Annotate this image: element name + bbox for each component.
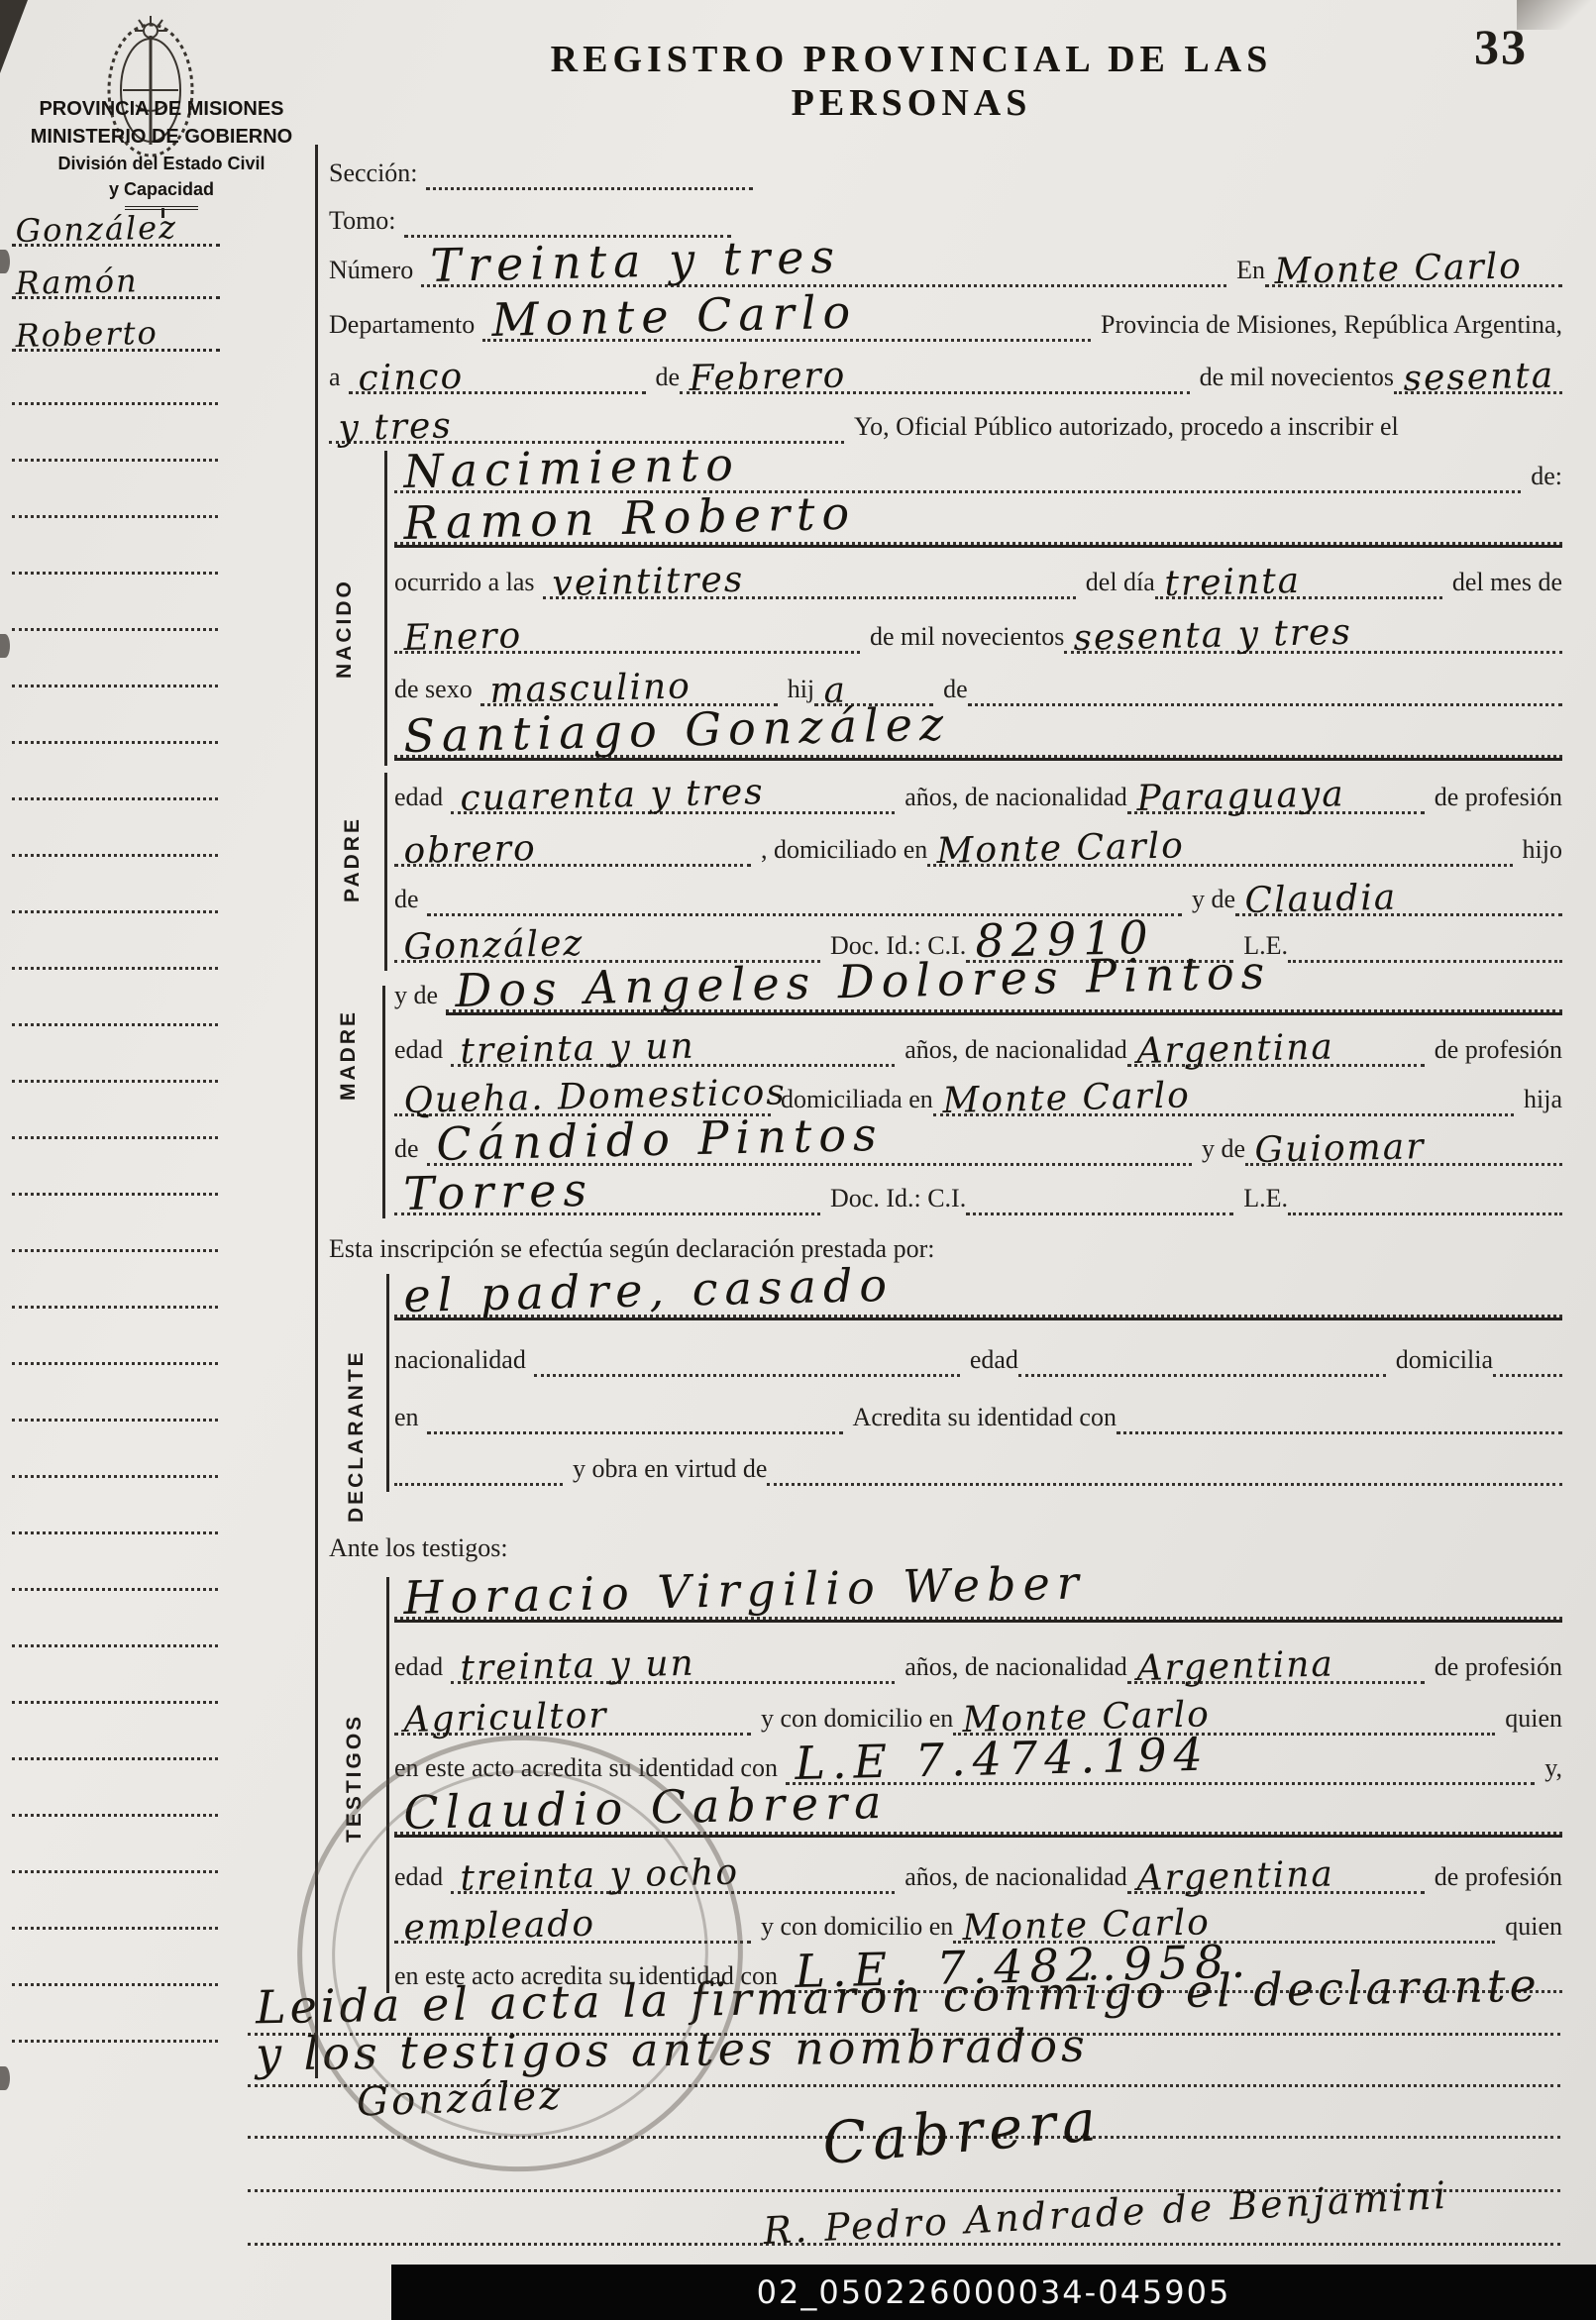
- label-del-mes: del mes de: [1442, 568, 1562, 599]
- label-mil-novecientos: de mil novecientos: [1190, 363, 1394, 394]
- margin-ruled-line: [12, 1760, 218, 1817]
- scan-speck-artifact: [0, 2066, 10, 2090]
- label-ante: Ante los testigos:: [329, 1533, 516, 1565]
- hw-mes-nac: Enero: [403, 615, 523, 659]
- scan-speck-artifact: [0, 634, 10, 658]
- row-madre-edad: edad treinta y un años, de nacionalidad …: [394, 1021, 1562, 1067]
- org-line: División del Estado Civil: [18, 151, 305, 176]
- label-oficial: Yo, Oficial Público autorizado, procedo …: [844, 412, 1399, 444]
- page-number: 33: [1474, 18, 1528, 75]
- hw-testigo1-profesion: Agricultor: [403, 1695, 608, 1740]
- label-mil-novecientos: de mil novecientos: [860, 622, 1064, 654]
- org-line: MINISTERIO DE GOBIERNO: [18, 123, 305, 151]
- row-testigo1-domicilio: Agricultor y con domicilio en Monte Carl…: [394, 1690, 1562, 1736]
- label-profesion: de profesión: [1425, 1862, 1562, 1894]
- row-madre-nombre: y de Dos Angeles Dolores Pintos: [394, 967, 1562, 1012]
- label-edad: edad: [394, 783, 451, 814]
- margin-ruled-line: [12, 1647, 218, 1704]
- label-ocurrido: ocurrido a las: [394, 568, 543, 599]
- field-padre-abuelo: [427, 880, 1182, 916]
- label-de: de: [394, 1134, 427, 1166]
- field-decl-nacionalidad: [534, 1340, 960, 1377]
- margin-ruled-line: [12, 687, 218, 744]
- field-madre-nombre: Dos Angeles Dolores Pintos: [446, 976, 1562, 1012]
- hw-madre-nacionalidad: Argentina: [1136, 1026, 1334, 1072]
- field-decl-virtud-a: [394, 1449, 563, 1486]
- label-edad: edad: [394, 1035, 451, 1067]
- label-en-min: en: [394, 1403, 427, 1434]
- declarante-bracket-rule: [386, 1274, 389, 1492]
- label-seccion: Sección:: [329, 158, 426, 190]
- field-madre-abuelo: Cándido Pintos: [427, 1129, 1192, 1166]
- field-numero: Treinta y tres: [421, 251, 1226, 287]
- margin-ruled-line: [12, 1083, 218, 1139]
- label-con-domicilio: y con domicilio en: [751, 1912, 953, 1944]
- margin-ruled-line: [12, 1365, 218, 1422]
- margin-ruled-line: [12, 800, 218, 857]
- margin-ruled-line: [12, 1591, 218, 1647]
- field-lugar: Monte Carlo: [1265, 251, 1562, 287]
- hw-testigo1-nombre: Horacio Virgilio Weber: [403, 1555, 1086, 1625]
- label-doc-id: Doc. Id.: C.I.: [820, 1184, 966, 1215]
- margin-ruled-line: [12, 1196, 218, 1252]
- field-hora: veintitres: [543, 563, 1076, 599]
- field-testigo1-documento: L.E 7.474.194: [786, 1748, 1535, 1785]
- margin-ruled-line: [12, 1422, 218, 1478]
- field-decl-edad: [1018, 1340, 1386, 1377]
- row-nacido-mes: Enero de mil novecientos sesenta y tres: [394, 608, 1562, 654]
- margin-ruled-line: [12, 518, 218, 575]
- label-profesion: de profesión: [1425, 1652, 1562, 1684]
- row-oficial: y tres Yo, Oficial Público autorizado, p…: [329, 398, 1562, 444]
- hw-dia-nac: treinta: [1164, 561, 1302, 604]
- field-padre-le: [1288, 926, 1562, 963]
- section-label-padre: PADRE: [341, 788, 365, 931]
- row-testigo1-edad: edad treinta y un años, de nacionalidad …: [394, 1638, 1562, 1684]
- label-y-de: y de: [394, 981, 446, 1012]
- margin-ruled-line: [12, 1478, 218, 1534]
- hw-madre-domicilio: Monte Carlo: [942, 1075, 1191, 1121]
- label-quien: quien: [1495, 1704, 1562, 1736]
- row-padre-domicilio: obrero , domiciliado en Monte Carlo hijo: [394, 821, 1562, 867]
- row-testigo1-nombre: Horacio Virgilio Weber: [394, 1574, 1562, 1620]
- field-decl-domicilio-b: [427, 1398, 843, 1434]
- label-anios-nacionalidad: años, de nacionalidad: [895, 1652, 1127, 1684]
- hw-nombre-inscripto: Ramon Roberto: [403, 486, 857, 550]
- field-mes: Febrero: [680, 358, 1190, 394]
- hw-padre-edad: cuarenta y tres: [460, 772, 765, 819]
- field-testigo1-edad: treinta y un: [451, 1647, 895, 1684]
- hw-padre-nombre: Santiago González: [403, 696, 951, 763]
- label-anios-nacionalidad: años, de nacionalidad: [895, 1035, 1127, 1067]
- label-numero: Número: [329, 256, 421, 287]
- scan-smudge-artifact: [1517, 0, 1596, 30]
- field-nombre-inscripto: Ramon Roberto: [394, 508, 1562, 545]
- field-madre-abuela: Guiomar: [1245, 1129, 1562, 1166]
- field-anio: sesenta: [1394, 358, 1562, 394]
- label-acredita: Acredita su identidad con: [843, 1403, 1117, 1434]
- hw-anio-nac: sesenta y tres: [1073, 612, 1352, 659]
- hw-anio-b: y tres: [338, 405, 453, 449]
- label-y-de: y de: [1182, 885, 1235, 916]
- margin-ruled-line: [12, 462, 218, 518]
- hw-anio-a: sesenta: [1403, 356, 1555, 399]
- row-sexo: de sexo masculino hij a de: [394, 661, 1562, 706]
- hw-padre-nacionalidad: Paraguaya: [1136, 774, 1345, 819]
- field-madre-ci: [966, 1179, 1233, 1215]
- hw-hora: veintitres: [552, 560, 745, 604]
- margin-ruled-line: [12, 1817, 218, 1873]
- hw-lugar: Monte Carlo: [1274, 246, 1523, 292]
- label-y-de: y de: [1192, 1134, 1245, 1166]
- field-madre-nacionalidad: Argentina: [1127, 1030, 1425, 1067]
- signature-official: R. Pedro Andrade de Benjamini: [762, 2173, 1449, 2253]
- margin-ruled-line: [12, 1309, 218, 1365]
- label-de-colon: de:: [1521, 462, 1562, 493]
- field-padre-edad: cuarenta y tres: [451, 778, 895, 814]
- hw-testigo2-nacionalidad: Argentina: [1136, 1853, 1334, 1899]
- label-anios-nacionalidad: años, de nacionalidad: [895, 783, 1127, 814]
- field-decl-documento: [1117, 1398, 1562, 1434]
- field-anio-cont: y tres: [329, 407, 844, 444]
- margin-ruled-line: [12, 857, 218, 913]
- margin-ruled-line: [12, 970, 218, 1026]
- hw-departamento: Monte Carlo: [491, 285, 858, 347]
- birth-certificate-scan: REGISTRO PROVINCIAL DE LAS PERSONAS 33 P…: [0, 0, 1596, 2320]
- row-departamento: Departamento Monte Carlo Provincia de Mi…: [329, 296, 1562, 342]
- row-nacido-hora: ocurrido a las veintitres del día treint…: [394, 554, 1562, 599]
- row-madre-domicilio: Queha. Domesticos domiciliada en Monte C…: [394, 1071, 1562, 1116]
- section-label-madre: MADRE: [337, 991, 361, 1119]
- page-title: REGISTRO PROVINCIAL DE LAS PERSONAS: [436, 38, 1387, 125]
- label-en: En: [1226, 256, 1265, 287]
- margin-ruled-line: [12, 1873, 218, 1930]
- margin-ruled-line: [12, 1026, 218, 1083]
- padre-bracket-rule: [384, 773, 387, 971]
- field-padre-abuela: Claudia: [1235, 880, 1562, 916]
- margin-ruled-line: [12, 913, 218, 970]
- row-declarante-datos: nacionalidad edad domicilia: [394, 1331, 1562, 1377]
- margin-ruled-line: [12, 1139, 218, 1196]
- margin-ruled-line: [12, 744, 218, 800]
- field-padre-nombre: Santiago González: [394, 721, 1562, 758]
- org-line: PROVINCIA DE MISIONES: [18, 95, 305, 123]
- field-anio-nac: sesenta y tres: [1064, 617, 1562, 654]
- label-nacionalidad: nacionalidad: [394, 1345, 534, 1377]
- barcode-text: 02_050226000034-045905: [757, 2273, 1231, 2311]
- label-quien: quien: [1495, 1912, 1562, 1944]
- field-dia: cinco: [349, 358, 646, 394]
- label-le: L.E.: [1233, 1184, 1288, 1215]
- label-hija: hija: [1514, 1085, 1562, 1116]
- section-label-nacido: NACIDO: [333, 550, 357, 708]
- label-tomo: Tomo:: [329, 206, 404, 238]
- label-anios-nacionalidad: años, de nacionalidad: [895, 1862, 1127, 1894]
- issuing-office-block: PROVINCIA DE MISIONES MINISTERIO DE GOBI…: [18, 95, 305, 210]
- madre-bracket-rule: [382, 986, 385, 1218]
- margin-name-line: González: [12, 194, 220, 247]
- margin-name-line: Ramón: [12, 247, 220, 299]
- field-declarante: el padre, casado: [394, 1281, 1562, 1318]
- label-profesion: de profesión: [1425, 783, 1562, 814]
- row-padre-abuelos: de y de Claudia: [394, 871, 1562, 916]
- field-madre-edad: treinta y un: [451, 1030, 895, 1067]
- margin-name-line: Roberto: [12, 299, 220, 352]
- label-con-domicilio: y con domicilio en: [751, 1704, 953, 1736]
- margin-name-block: González Ramón Roberto: [12, 194, 220, 352]
- field-madre-domicilio: Monte Carlo: [933, 1080, 1514, 1116]
- field-madre-apellido-materno: Torres: [394, 1179, 820, 1215]
- margin-ruled-line: [12, 575, 218, 631]
- margin-ruled-lines: [12, 349, 218, 2043]
- hw-surname: González: [15, 208, 177, 250]
- row-padre-nombre: Santiago González: [394, 712, 1562, 758]
- row-declarante-identidad: en Acredita su identidad con: [394, 1389, 1562, 1434]
- label-obra: y obra en virtud de: [563, 1454, 767, 1486]
- margin-ruled-line: [12, 1986, 218, 2043]
- column-divider-rule: [315, 145, 318, 2078]
- field-seccion: [426, 154, 753, 190]
- hw-padre-abuela: Claudia: [1244, 878, 1398, 921]
- field-testigo1-nombre: Horacio Virgilio Weber: [394, 1583, 1562, 1620]
- label-a: a: [329, 363, 349, 394]
- label-hijo: hijo: [1513, 835, 1562, 867]
- margin-ruled-line: [12, 1930, 218, 1986]
- margin-ruled-line: [12, 1704, 218, 1760]
- label-edad: edad: [960, 1345, 1018, 1377]
- label-provincia: Provincia de Misiones, República Argenti…: [1091, 310, 1562, 342]
- row-acto: Nacimiento de:: [394, 448, 1562, 493]
- row-numero: Número Treinta y tres En Monte Carlo: [329, 242, 1562, 287]
- row-madre-abuelos: de Cándido Pintos y de Guiomar: [394, 1120, 1562, 1166]
- hw-dia: cinco: [358, 357, 465, 399]
- label-de: de: [646, 363, 681, 394]
- field-madre-le: [1288, 1179, 1562, 1215]
- field-testigo2-nacionalidad: Argentina: [1127, 1857, 1425, 1894]
- row-inscripcion: Esta inscripción se efectúa según declar…: [329, 1220, 1562, 1266]
- label-del-dia: del día: [1076, 568, 1155, 599]
- label-profesion: de profesión: [1425, 1035, 1562, 1067]
- margin-ruled-line: [12, 1252, 218, 1309]
- field-mes-nac: Enero: [394, 617, 860, 654]
- hw-testigo1-nacionalidad: Argentina: [1136, 1643, 1334, 1689]
- row-declarante-virtud: y obra en virtud de: [394, 1440, 1562, 1486]
- hw-madre-abuelo: Cándido Pintos: [435, 1107, 883, 1171]
- field-de-blank: [968, 670, 1562, 706]
- signature-witness: Cabrera: [820, 2086, 1105, 2177]
- hw-first-name: Ramón: [15, 262, 139, 302]
- row-fecha: a cinco de Febrero de mil novecientos se…: [329, 349, 1562, 394]
- hw-padre-profesion: obrero: [403, 828, 537, 872]
- nacido-bracket-rule: [384, 451, 387, 766]
- scan-speck-artifact: [0, 250, 10, 273]
- hw-madre-edad: treinta y un: [460, 1026, 695, 1072]
- barcode-strip: 02_050226000034-045905: [391, 2265, 1596, 2320]
- label-de: de: [394, 885, 427, 916]
- hw-testigo1-edad: treinta y un: [460, 1643, 695, 1689]
- hw-mes: Febrero: [689, 355, 847, 399]
- label-domicilia: domicilia: [1386, 1345, 1493, 1377]
- hw-madre-apellido-materno: Torres: [403, 1163, 594, 1220]
- stamp-inner-ring: [303, 1740, 737, 2166]
- margin-ruled-line: [12, 1534, 218, 1591]
- field-departamento: Monte Carlo: [482, 305, 1091, 342]
- field-padre-profesion: obrero: [394, 830, 751, 867]
- field-dia-nac: treinta: [1155, 563, 1442, 599]
- margin-ruled-line: [12, 349, 218, 405]
- margin-ruled-line: [12, 631, 218, 687]
- label-domiciliado: , domiciliado en: [751, 835, 927, 867]
- hw-padre-domicilio: Monte Carlo: [936, 825, 1185, 872]
- label-de-sexo: de sexo: [394, 675, 480, 706]
- field-testigo1-nacionalidad: Argentina: [1127, 1647, 1425, 1684]
- label-departamento: Departamento: [329, 310, 482, 342]
- row-madre-doc: Torres Doc. Id.: C.I. L.E.: [394, 1170, 1562, 1215]
- hw-declarante: el padre, casado: [403, 1258, 895, 1322]
- row-nombre-inscripto: Ramon Roberto: [394, 499, 1562, 545]
- field-padre-nacionalidad: Paraguaya: [1127, 778, 1425, 814]
- field-decl-domicilio-a: [1493, 1340, 1562, 1377]
- margin-ruled-line: [12, 405, 218, 462]
- row-seccion: Sección:: [329, 145, 1562, 190]
- row-padre-edad: edad cuarenta y tres años, de nacionalid…: [394, 769, 1562, 814]
- hw-madre-abuela: Guiomar: [1254, 1126, 1426, 1171]
- row-tomo: Tomo:: [329, 192, 1562, 238]
- scan-corner-artifact: [0, 0, 28, 73]
- field-acto: Nacimiento: [394, 457, 1521, 493]
- field-testigo1-profesion: Agricultor: [394, 1699, 751, 1736]
- label-y-coma: y,: [1535, 1753, 1562, 1785]
- hw-numero: Treinta y tres: [430, 230, 842, 292]
- label-edad: edad: [394, 1652, 451, 1684]
- row-declarante: el padre, casado: [394, 1272, 1562, 1318]
- field-padre-domicilio: Monte Carlo: [927, 830, 1512, 867]
- field-testigo1-domicilio: Monte Carlo: [953, 1699, 1495, 1736]
- field-decl-virtud-b: [767, 1449, 1562, 1486]
